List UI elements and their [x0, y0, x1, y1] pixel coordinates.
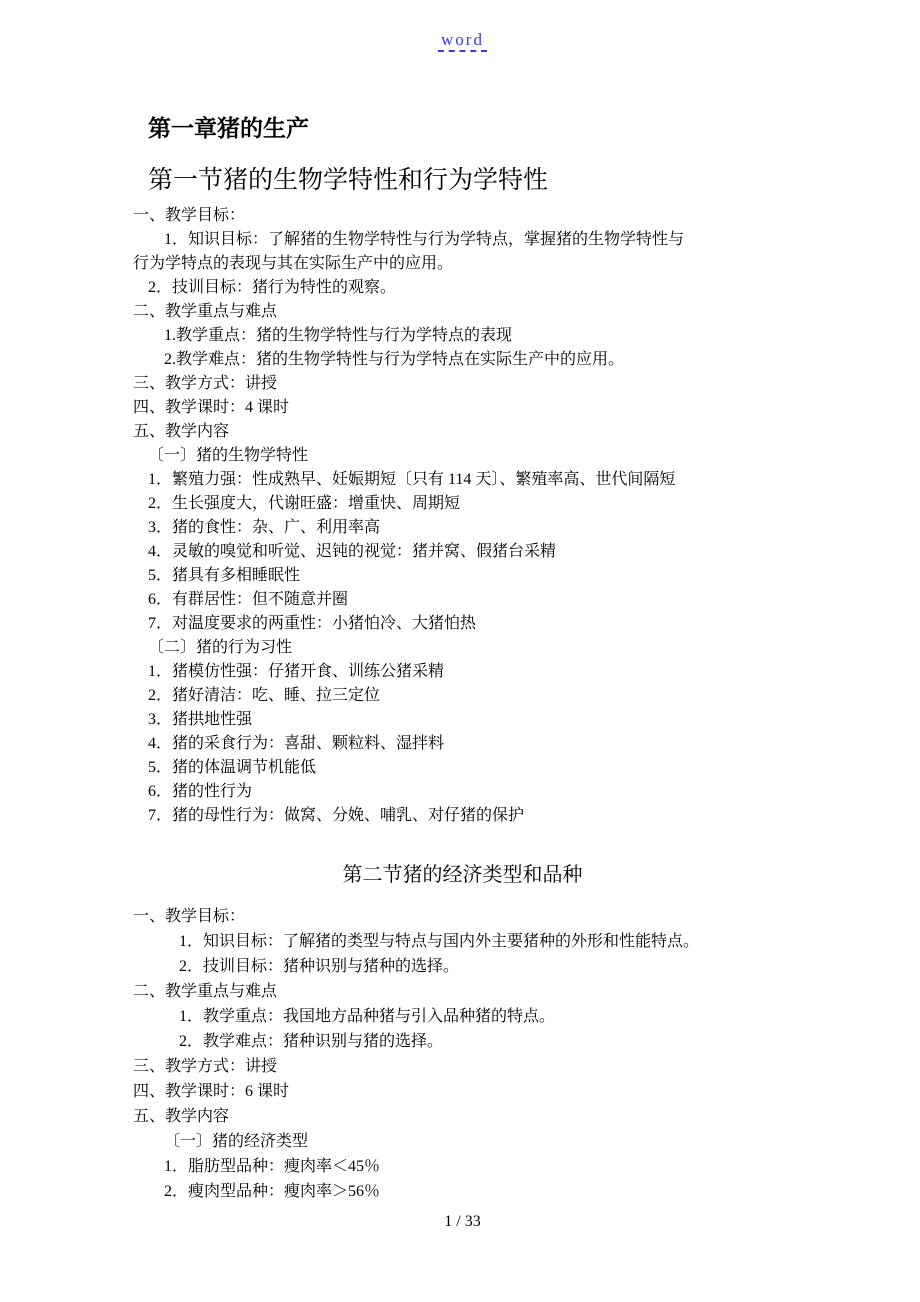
text-line: 3．猪拱地性强 [133, 708, 792, 732]
chapter-title: 第一章猪的生产 [148, 114, 792, 144]
text-line: 二、教学重点与难点 [133, 979, 792, 1004]
document-header: word [133, 28, 792, 52]
text-line: 三、教学方式：讲授 [133, 1054, 792, 1079]
text-line: 7．猪的母性行为：做窝、分娩、哺乳、对仔猪的保护 [133, 804, 792, 828]
text-line: 1．繁殖力强：性成熟早、妊娠期短〔只有 114 天〕、繁殖率高、世代间隔短 [133, 468, 792, 492]
text-line: 2．瘦肉型品种：瘦肉率＞56％ [133, 1179, 792, 1204]
document-page: word 第一章猪的生产 第一节猪的生物学特性和行为学特性 一、教学目标：1．知… [0, 0, 920, 1302]
text-line: 二、教学重点与难点 [133, 300, 792, 324]
text-line: 1．知识目标：了解猪的类型与特点与国内外主要猪种的外形和性能特点。 [133, 929, 792, 954]
text-line: 一、教学目标： [133, 204, 792, 228]
section-1-title: 第一节猪的生物学特性和行为学特性 [148, 164, 792, 198]
text-line: 1．脂肪型品种：瘦肉率＜45％ [133, 1154, 792, 1179]
page-number: 1 / 33 [444, 1213, 480, 1230]
section-2-body: 一、教学目标：1．知识目标：了解猪的类型与特点与国内外主要猪种的外形和性能特点。… [133, 904, 792, 1204]
text-line: 7．对温度要求的两重性：小猪怕冷、大猪怕热 [133, 612, 792, 636]
text-line: 四、教学课时：4 课时 [133, 396, 792, 420]
text-line: 4．猪的采食行为：喜甜、颗粒料、湿拌料 [133, 732, 792, 756]
section-biological-traits: 第一节猪的生物学特性和行为学特性 一、教学目标：1．知识目标：了解猪的生物学特性… [133, 164, 792, 828]
text-line: 6．有群居性：但不随意并圈 [133, 588, 792, 612]
text-line: 5．猪具有多相睡眠性 [133, 564, 792, 588]
text-line: 五、教学内容 [133, 1104, 792, 1129]
text-line: 一、教学目标： [133, 904, 792, 929]
text-line: 1．猪模仿性强：仔猪开食、训练公猪采精 [133, 660, 792, 684]
text-line: 1.教学重点：猪的生物学特性与行为学特点的表现 [133, 324, 792, 348]
text-line: 行为学特点的表现与其在实际生产中的应用。 [133, 252, 792, 276]
word-link[interactable]: word [438, 30, 487, 52]
page-footer: 1 / 33 [133, 1210, 792, 1234]
text-line: 2．生长强度大，代谢旺盛：增重快、周期短 [133, 492, 792, 516]
text-line: 2.教学难点：猪的生物学特性与行为学特点在实际生产中的应用。 [133, 348, 792, 372]
text-line: 2．教学难点：猪种识别与猪的选择。 [133, 1029, 792, 1054]
section-2-title: 第二节猪的经济类型和品种 [133, 860, 792, 890]
text-line: 〔一〕猪的生物学特性 [133, 444, 792, 468]
section-economic-types: 第二节猪的经济类型和品种 一、教学目标：1．知识目标：了解猪的类型与特点与国内外… [133, 860, 792, 1204]
text-line: 1．知识目标：了解猪的生物学特性与行为学特点，掌握猪的生物学特性与 [133, 228, 792, 252]
text-line: 3．猪的食性：杂、广、利用率高 [133, 516, 792, 540]
text-line: 5．猪的体温调节机能低 [133, 756, 792, 780]
text-line: 五、教学内容 [133, 420, 792, 444]
text-line: 〔二〕猪的行为习性 [133, 636, 792, 660]
text-line: 4．灵敏的嗅觉和听觉、迟钝的视觉：猪并窝、假猪台采精 [133, 540, 792, 564]
text-line: 〔一〕猪的经济类型 [133, 1129, 792, 1154]
text-line: 2．技训目标：猪行为特性的观察。 [133, 276, 792, 300]
section-1-body: 一、教学目标：1．知识目标：了解猪的生物学特性与行为学特点，掌握猪的生物学特性与… [133, 204, 792, 828]
text-line: 1．教学重点：我国地方品种猪与引入品种猪的特点。 [133, 1004, 792, 1029]
text-line: 2．技训目标：猪种识别与猪种的选择。 [133, 954, 792, 979]
text-line: 四、教学课时：6 课时 [133, 1079, 792, 1104]
text-line: 2．猪好清洁：吃、睡、拉三定位 [133, 684, 792, 708]
text-line: 6．猪的性行为 [133, 780, 792, 804]
text-line: 三、教学方式：讲授 [133, 372, 792, 396]
